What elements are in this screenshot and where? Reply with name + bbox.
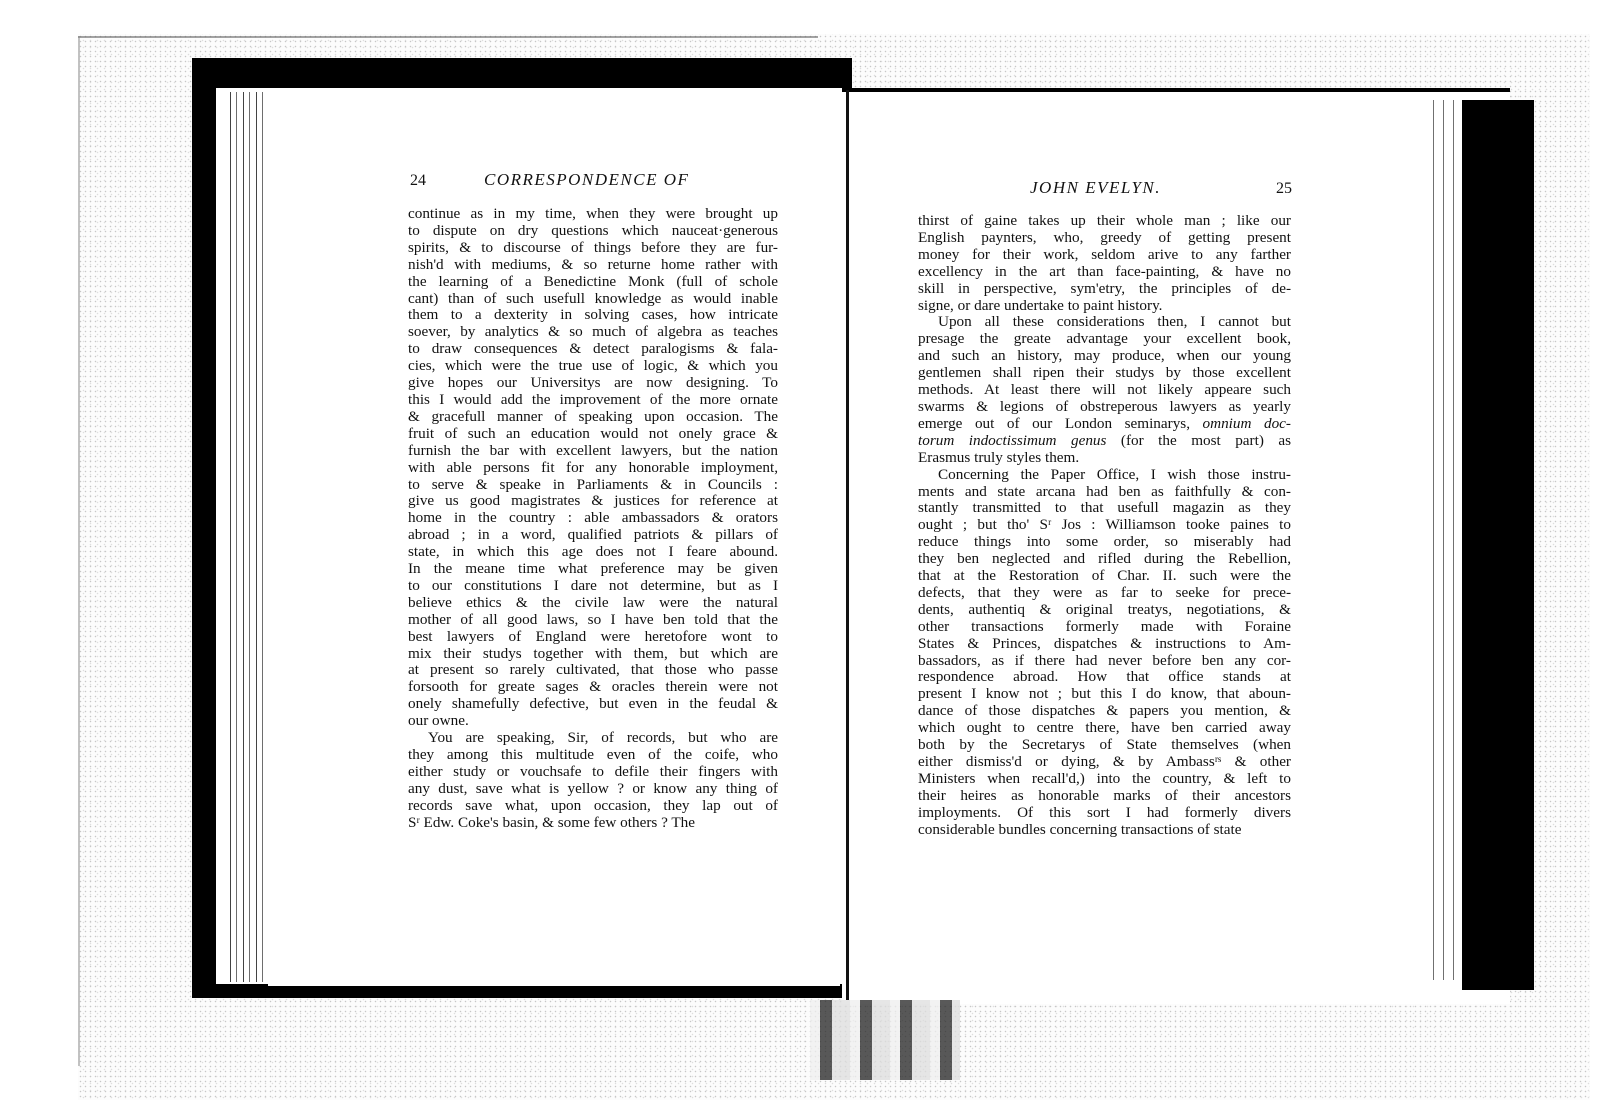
text-line: ments and state arcana had ben as faithf… — [918, 484, 1291, 501]
text-line: Concerning the Paper Office, I wish thos… — [918, 467, 1291, 484]
text-line: furnish the bar with excellent lawyers, … — [408, 443, 778, 460]
text-line: give us good magistrates & justices for … — [408, 493, 778, 510]
text-line: thirst of gaine takes up their whole man… — [918, 213, 1291, 230]
text-line: other transactions formerly made with Fo… — [918, 619, 1291, 636]
left-page-body: continue as in my time, when they were b… — [408, 206, 778, 832]
text-line: defects, that they were as far to seeke … — [918, 585, 1291, 602]
text-line: and such an history, may produce, when o… — [918, 348, 1291, 365]
text-line: abroad ; in a word, qualified patriots &… — [408, 527, 778, 544]
right-page: JOHN EVELYN. 25 thirst of gaine takes up… — [852, 96, 1430, 998]
running-head-right: JOHN EVELYN. — [1030, 178, 1161, 198]
text-line: skill in perspective, sym'etry, the prin… — [918, 281, 1291, 298]
book-spine — [810, 1000, 960, 1080]
text-line: emerge out of our London seminarys, omni… — [918, 416, 1291, 433]
text-line: dents, authentiq & original treatys, neg… — [918, 602, 1291, 619]
text-line: any dust, save what is yellow ? or know … — [408, 781, 778, 798]
text-line: they among this multitude even of the co… — [408, 747, 778, 764]
text-line: to serve & speake in Parliaments & in Co… — [408, 477, 778, 494]
text-line: States & Princes, dispatches & instructi… — [918, 636, 1291, 653]
text-line: believe ethics & the civile law were the… — [408, 595, 778, 612]
text-line: both by the Secretarys of State themselv… — [918, 737, 1291, 754]
text-line: signe, or dare undertake to paint histor… — [918, 298, 1291, 315]
text-line: mix their studys together with them, but… — [408, 646, 778, 663]
scan-edge-left — [78, 36, 80, 1066]
text-line: present I know not ; but this I do know,… — [918, 686, 1291, 703]
scan-edge-top — [78, 36, 818, 38]
text-fragment: (for the most part) as — [1106, 432, 1291, 449]
text-line: at present so rarely cultivated, that th… — [408, 662, 778, 679]
text-line: Ministers when recall'd,) into the count… — [918, 771, 1291, 788]
text-line: swarms & legions of obstreperous lawyers… — [918, 399, 1291, 416]
text-line: In the meane time what preference may be… — [408, 561, 778, 578]
page-edges-left — [224, 92, 268, 982]
text-line: forsooth for greate sages & oracles ther… — [408, 679, 778, 696]
text-line: to dispute on dry questions which naucea… — [408, 223, 778, 240]
text-line: them to a dexterity in solving cases, ho… — [408, 307, 778, 324]
text-line: they ben neglected and rifled during the… — [918, 551, 1291, 568]
text-line: torum indoctissimum genus (for the most … — [918, 433, 1291, 450]
text-line: money for their work, seldom arive to an… — [918, 247, 1291, 264]
text-line: English paynters, who, greedy of getting… — [918, 230, 1291, 247]
text-line: either study or vouchsafe to defile thei… — [408, 764, 778, 781]
text-line: & gracefull manner of speaking upon occa… — [408, 409, 778, 426]
text-line: either dismiss'd or dying, & by Ambassʳˢ… — [918, 754, 1291, 771]
latin-phrase: torum indoctissimum genus — [918, 432, 1106, 449]
left-page: 24 CORRESPONDENCE OF continue as in my t… — [268, 88, 840, 986]
running-head-left: CORRESPONDENCE OF — [484, 170, 689, 190]
text-line: continue as in my time, when they were b… — [408, 206, 778, 223]
text-line: dance of those dispatches & papers you m… — [918, 703, 1291, 720]
page-number-right: 25 — [1276, 180, 1292, 198]
text-line: to our constitutions I dare not determin… — [408, 578, 778, 595]
page-number-left: 24 — [410, 172, 426, 190]
latin-phrase: omnium doc- — [1203, 415, 1291, 432]
text-line: with able persons fit for any honorable … — [408, 460, 778, 477]
text-line: nish'd with mediums, & so returne home r… — [408, 257, 778, 274]
text-line: excellency in the art than face-painting… — [918, 264, 1291, 281]
text-line: reduce things into some order, so misera… — [918, 534, 1291, 551]
text-line: methods. At least there will not likely … — [918, 382, 1291, 399]
text-line: bassadors, as if there had never before … — [918, 653, 1291, 670]
text-line: that at the Restoration of Char. II. suc… — [918, 568, 1291, 585]
text-line: which ought to centre there, have ben ca… — [918, 720, 1291, 737]
text-line: their heires as honorable marks of their… — [918, 788, 1291, 805]
text-line: best lawyers of England were heretofore … — [408, 629, 778, 646]
text-line: cies, which were the true use of logic, … — [408, 358, 778, 375]
page-edges-right — [1428, 100, 1462, 980]
text-line: this I would add the improvement of the … — [408, 392, 778, 409]
text-line: records save what, upon occasion, they l… — [408, 798, 778, 815]
text-line: spirits, & to discourse of things before… — [408, 240, 778, 257]
text-line: our owne. — [408, 713, 778, 730]
text-line: soever, by analytics & so much of algebr… — [408, 324, 778, 341]
book-cover-right-edge — [1462, 100, 1534, 990]
text-line: You are speaking, Sir, of records, but w… — [408, 730, 778, 747]
text-line: the learning of a Benedictine Monk (full… — [408, 274, 778, 291]
text-line: Upon all these considerations then, I ca… — [918, 314, 1291, 331]
text-line: fruit of such an education would not one… — [408, 426, 778, 443]
text-line: imployments. Of this sort I had formerly… — [918, 805, 1291, 822]
text-line: onely shamefully defective, but even in … — [408, 696, 778, 713]
right-page-body: thirst of gaine takes up their whole man… — [918, 213, 1291, 839]
text-line: considerable bundles concerning transact… — [918, 822, 1291, 839]
text-line: cant) than of such usefull knowledge as … — [408, 291, 778, 308]
text-line: ought ; but tho' Sʳ Jos : Williamson too… — [918, 517, 1291, 534]
text-line: respondence abroad. How that office stan… — [918, 669, 1291, 686]
text-line: state, in which this age does not I fear… — [408, 544, 778, 561]
text-line: give hopes our Universitys are now desig… — [408, 375, 778, 392]
text-line: to draw consequences & detect paralogism… — [408, 341, 778, 358]
text-line: home in the country : able ambassadors &… — [408, 510, 778, 527]
text-line: Erasmus truly styles them. — [918, 450, 1291, 467]
book-gutter — [846, 90, 849, 1000]
text-line: Sʳ Edw. Coke's basin, & some few others … — [408, 815, 778, 832]
text-line: gentlemen shall ripen their studys by th… — [918, 365, 1291, 382]
text-line: presage the greate advantage your excell… — [918, 331, 1291, 348]
text-line: mother of all good laws, so I have ben t… — [408, 612, 778, 629]
text-line: stantly transmitted to that usefull maga… — [918, 500, 1291, 517]
